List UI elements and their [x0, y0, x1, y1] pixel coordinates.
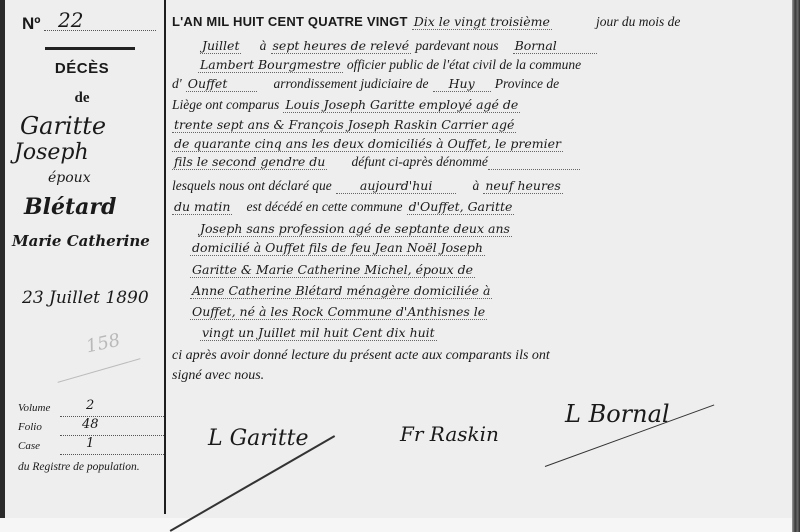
handwritten-fill: trente sept ans & François Joseph Raskin…	[172, 117, 516, 133]
printed-text: à	[472, 178, 479, 193]
printed-text: officier public de l'état civil de la co…	[347, 57, 581, 72]
handwritten-fill: Garitte & Marie Catherine Michel, époux …	[190, 262, 475, 278]
printed-text: jour du mois de	[596, 14, 680, 29]
printed-text: défunt ci-après dénommé	[351, 154, 487, 169]
spouse-given-name: Marie Catherine	[12, 232, 150, 250]
number-dotted-line	[44, 30, 156, 31]
body-line-16: vingt un Juillet mil huit Cent dix huit	[200, 325, 437, 341]
body-line-6: trente sept ans & François Joseph Raskin…	[172, 117, 516, 133]
handwritten-fill: Huy	[433, 76, 491, 92]
printed-text: d'	[172, 76, 182, 91]
body-line-10: du matin est décédé en cette commune d'O…	[172, 199, 514, 215]
blank-dotted-fill	[488, 154, 580, 170]
body-line-5: Liège ont comparus Louis Joseph Garitte …	[172, 97, 520, 113]
handwritten-fill: Anne Catherine Blétard ménagère domicili…	[190, 283, 492, 299]
case-label: Case	[18, 440, 40, 452]
handwritten-fill: Bornal	[513, 38, 597, 54]
page-binding-edge	[792, 0, 800, 532]
pencil-margin-note: 158	[84, 330, 122, 358]
handwritten-fill: Joseph sans profession agé de septante d…	[198, 221, 512, 237]
body-line-9: lesquels nous ont déclaré que aujourd'hu…	[172, 178, 563, 194]
printed-text: lesquels nous ont déclaré que	[172, 178, 332, 193]
handwritten-fill: Louis Joseph Garitte employé agé de	[283, 97, 520, 113]
printed-year-caps: L'AN MIL HUIT CENT QUATRE VINGT	[172, 14, 408, 29]
printed-text: est décédé en cette commune	[247, 199, 403, 214]
body-line-17: ci après avoir donné lecture du présent …	[172, 348, 550, 364]
handwritten-fill: aujourd'hui	[336, 178, 456, 194]
volume-dotted-line	[60, 416, 164, 417]
page-left-edge	[0, 0, 5, 532]
handwritten-fill: Juillet	[200, 38, 241, 54]
body-line-3: Lambert Bourgmestre officier public de l…	[198, 57, 581, 73]
heading-rule	[45, 47, 135, 50]
deces-heading: DÉCÈS	[0, 60, 164, 77]
record-number-label: Nº	[22, 14, 41, 34]
handwritten-fill: vingt un Juillet mil huit Cent dix huit	[200, 325, 437, 341]
handwritten-fill: du matin	[172, 199, 232, 215]
signature-garitte: L Garitte	[208, 426, 309, 451]
handwritten-fill: Lambert Bourgmestre	[198, 57, 343, 73]
handwritten-fill: sept heures de relevé	[271, 38, 412, 54]
handwritten-fill: Ouffet, né à les Rock Commune d'Anthisne…	[190, 304, 487, 320]
printed-text: à	[260, 38, 267, 53]
margin-divider-rule	[164, 0, 166, 514]
handwritten-fill: Ouffet	[186, 76, 258, 92]
spouse-word: époux	[48, 170, 91, 186]
death-record-page: Nº 22 DÉCÈS de Garitte Joseph époux Blét…	[0, 0, 800, 532]
de-label: de	[0, 90, 164, 107]
printed-text: Province de	[495, 76, 559, 91]
page-bottom-margin	[0, 518, 792, 532]
body-line-7: de quarante cinq ans les deux domiciliés…	[172, 136, 563, 152]
handwritten-fill: fils le second gendre du	[172, 154, 327, 170]
body-line-11: Joseph sans profession agé de septante d…	[198, 221, 512, 237]
deceased-given-name: Joseph	[14, 140, 89, 165]
volume-label: Volume	[18, 402, 50, 414]
registry-footer: du Registre de population.	[18, 461, 140, 473]
volume-value: 2	[86, 398, 94, 413]
signature-bornal: L Bornal	[565, 400, 670, 428]
handwritten-fill: d'Ouffet, Garitte	[407, 199, 515, 215]
body-line-15: Ouffet, né à les Rock Commune d'Anthisne…	[190, 304, 487, 320]
printed-text: arrondissement judiciaire de	[274, 76, 429, 91]
deceased-surname: Garitte	[20, 112, 106, 140]
body-line-18: signé avec nous.	[172, 368, 264, 384]
body-line-12: domicilié à Ouffet fils de feu Jean Noël…	[190, 240, 485, 256]
folio-value: 48	[82, 417, 99, 432]
printed-text: pardevant nous	[415, 38, 498, 53]
folio-label: Folio	[18, 421, 42, 433]
handwritten-fill: de quarante cinq ans les deux domiciliés…	[172, 136, 563, 152]
death-date: 23 Juillet 1890	[22, 288, 149, 308]
body-line-4: d' Ouffet arrondissement judiciaire de H…	[172, 76, 559, 92]
body-line-1: L'AN MIL HUIT CENT QUATRE VINGT Dix le v…	[172, 14, 680, 30]
handwritten-fill: Dix le vingt troisième	[412, 14, 552, 30]
spouse-surname: Blétard	[24, 194, 116, 220]
handwritten-fill: neuf heures	[483, 178, 562, 194]
printed-text: Liège ont comparus	[172, 97, 279, 112]
case-dotted-line	[60, 454, 164, 455]
record-number-value: 22	[58, 8, 83, 32]
signature-raskin: Fr Raskin	[400, 422, 499, 446]
body-line-13: Garitte & Marie Catherine Michel, époux …	[190, 262, 475, 278]
case-value: 1	[86, 436, 94, 451]
folio-dotted-line	[60, 435, 164, 436]
body-line-8: fils le second gendre du défunt ci-après…	[172, 154, 580, 170]
pencil-margin-line	[58, 358, 141, 383]
body-line-2: Juillet à sept heures de relevé pardevan…	[200, 38, 597, 54]
body-line-14: Anne Catherine Blétard ménagère domicili…	[190, 283, 492, 299]
handwritten-fill: domicilié à Ouffet fils de feu Jean Noël…	[190, 240, 485, 256]
